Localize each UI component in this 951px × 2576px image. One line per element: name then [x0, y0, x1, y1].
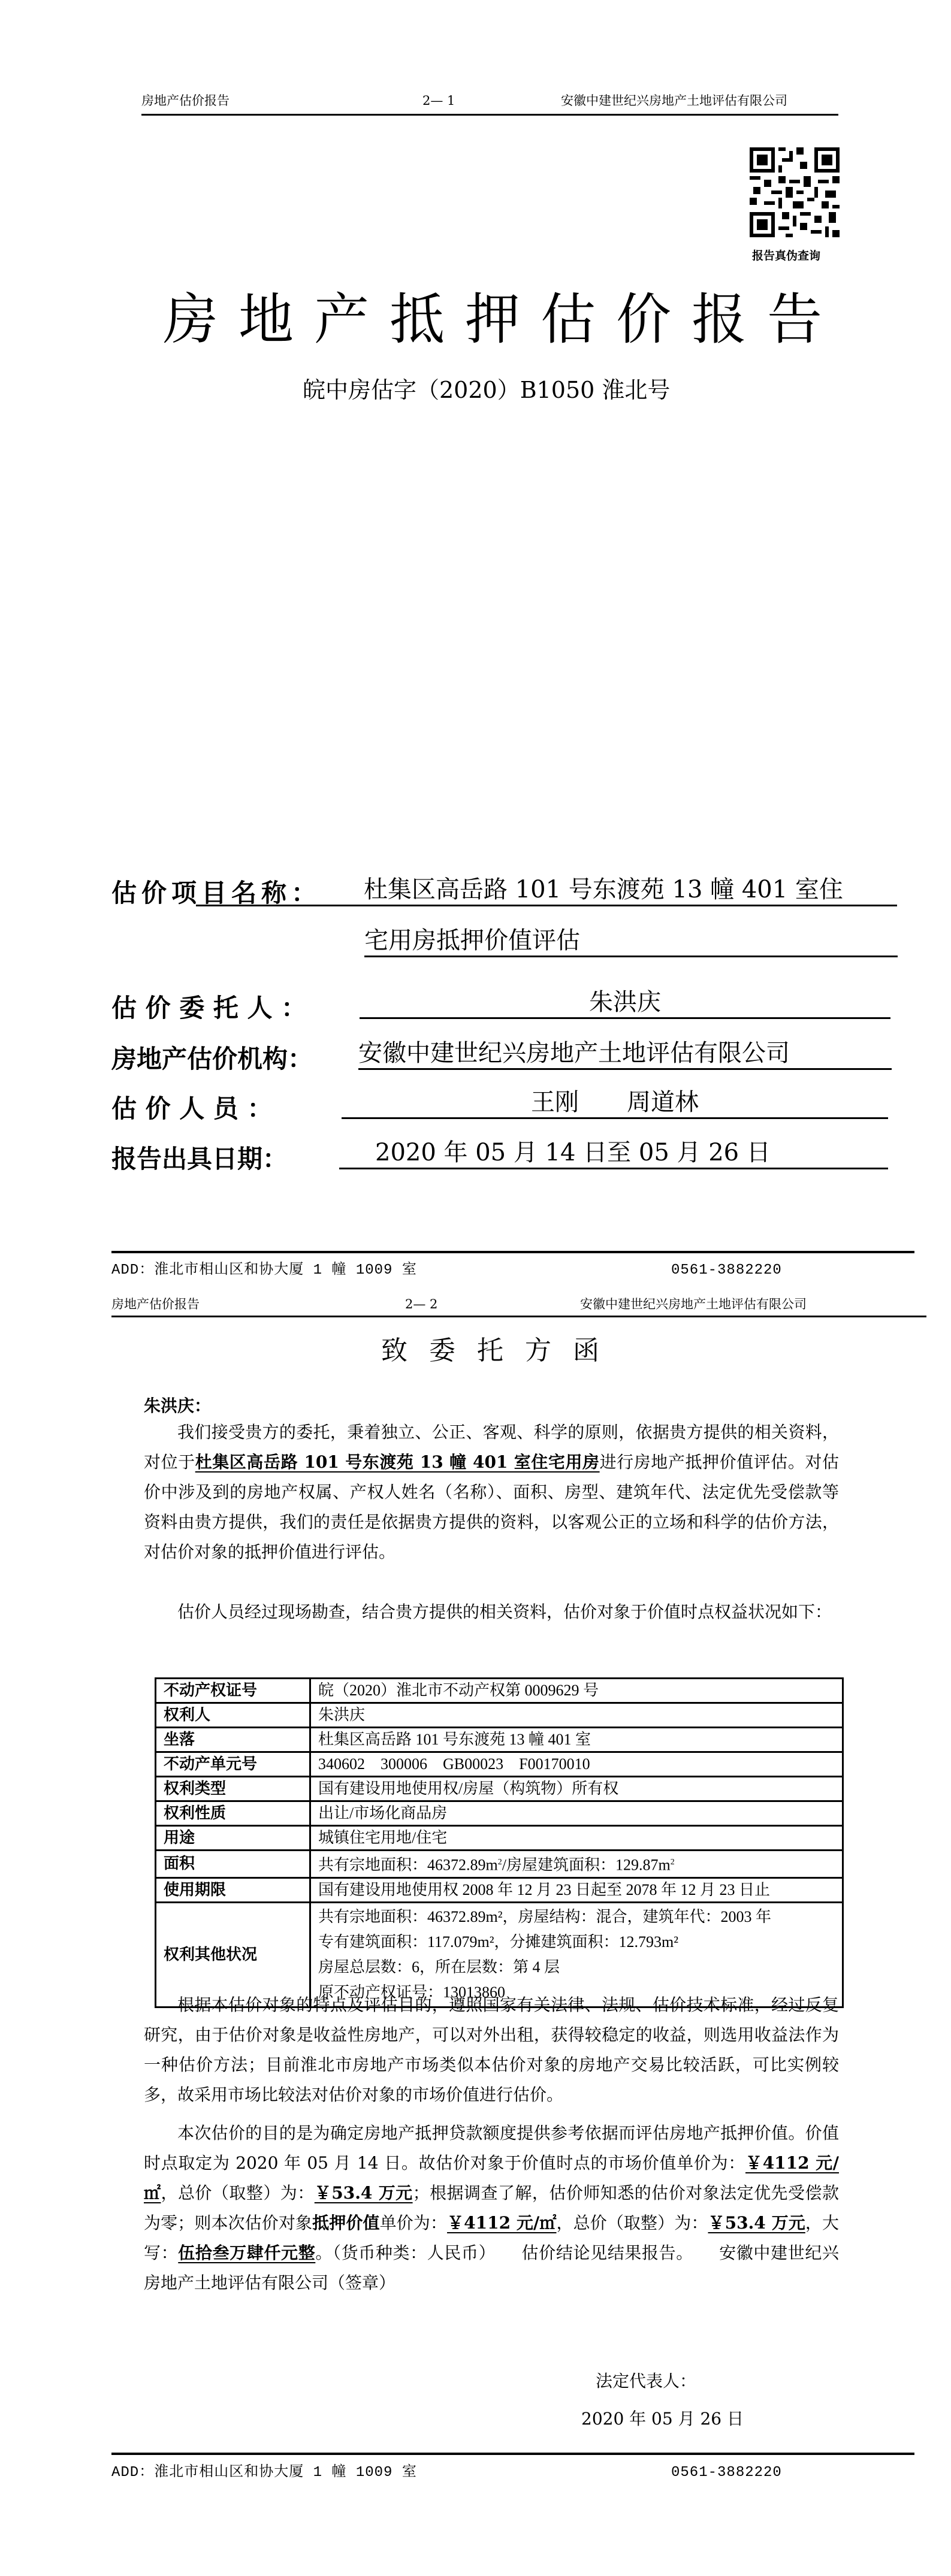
client-value: 朱洪庆 [360, 987, 890, 1019]
property-address: 杜集区高岳路 101 号东渡苑 13 幢 401 室住宅用房 [195, 1452, 600, 1472]
client-label: 估 价 委 托 人 ： [111, 988, 306, 1024]
valuation-paragraph: 本次估价的目的是为确定房地产抵押贷款额度提供参考依据而评估房地产抵押价值。价值时… [144, 2118, 839, 2298]
agency-value: 安徽中建世纪兴房地产土地评估有限公司 [358, 1038, 892, 1070]
header-divider [141, 114, 838, 116]
table-row: 不动产单元号340602 300006 GB00023 F00170010 [156, 1752, 843, 1777]
footer-phone: 0561-3882220 [671, 1262, 782, 1280]
qr-code-icon [750, 147, 840, 238]
table-row: 权利人朱洪庆 [156, 1703, 843, 1728]
letter-title: 致委托方函 [381, 1329, 621, 1367]
report-number: 皖中房估字（2020）B1050 淮北号 [303, 371, 670, 404]
header-left: 房地产估价报告 [141, 93, 230, 108]
project-name-value-line1: 杜集区高岳路 101 号东渡苑 13 幢 401 室住 [196, 875, 897, 906]
table-row: 面积共有宗地面积：46372.89m2/房屋建筑面积：129.87m2 [156, 1851, 843, 1878]
footer-address: ADD：淮北市相山区和协大厦 1 幢 1009 室 [111, 2464, 417, 2482]
intro-paragraph: 我们接受贵方的委托，秉着独立、公正、客观、科学的原则，依据贵方提供的相关资料，对… [144, 1417, 839, 1567]
report-date-label: 报告出具日期： [111, 1139, 288, 1175]
header-divider [111, 1316, 926, 1317]
footer-phone: 0561-3882220 [671, 2464, 782, 2482]
page-number: 2— 1 [422, 93, 455, 108]
inspection-paragraph: 估价人员经过现场勘查，结合贵方提供的相关资料，估价对象于价值时点权益状况如下： [144, 1597, 839, 1627]
letter-date: 2020 年 05 月 26 日 [581, 2404, 744, 2434]
page-number: 2— 2 [405, 1296, 437, 1312]
mortgage-value-label: 抵押价值 [312, 2213, 379, 2233]
header-right: 安徽中建世纪兴房地产土地评估有限公司 [561, 93, 787, 108]
table-row: 使用期限国有建设用地使用权 2008 年 12 月 23 日起至 2078 年 … [156, 1877, 843, 1902]
qr-caption: 报告真伪查询 [752, 247, 820, 263]
table-row: 权利性质出让/市场化商品房 [156, 1801, 843, 1826]
header-left: 房地产估价报告 [111, 1296, 200, 1312]
table-row: 不动产权证号皖（2020）淮北市不动产权第 0009629 号 [156, 1679, 843, 1703]
footer-divider [111, 1251, 914, 1253]
legal-representative-label: 法定代表人： [596, 2366, 696, 2396]
mortgage-unit-price: ￥4112 元/㎡ [447, 2213, 556, 2233]
property-info-table: 不动产权证号皖（2020）淮北市不动产权第 0009629 号 权利人朱洪庆 坐… [155, 1677, 844, 2008]
agency-label: 房地产估价机构： [111, 1039, 313, 1075]
project-name-value-line2: 宅用房抵押价值评估 [364, 926, 898, 957]
header-right: 安徽中建世纪兴房地产土地评估有限公司 [580, 1296, 807, 1312]
salutation: 朱洪庆： [144, 1391, 211, 1421]
table-row: 用途城镇住宅用地/住宅 [156, 1826, 843, 1851]
footer-divider [111, 2453, 914, 2455]
method-paragraph: 根据本估价对象的特点及评估目的，遵照国家有关法律、法规、估价技术标准，经过反复研… [144, 1990, 839, 2110]
total-price: ￥53.4 万元 [315, 2183, 413, 2203]
mortgage-total-price: ￥53.4 万元 [708, 2213, 805, 2233]
table-row: 坐落杜集区高岳路 101 号东渡苑 13 幢 401 室 [156, 1728, 843, 1752]
report-title: 房地产抵押估价报告 [163, 276, 843, 355]
report-date-value: 2020 年 05 月 14 日至 05 月 26 日 [339, 1138, 888, 1169]
appraisers-value: 王刚 周道林 [342, 1087, 888, 1119]
table-row: 权利类型国有建设用地使用权/房屋（构筑物）所有权 [156, 1777, 843, 1801]
total-in-words: 伍拾叁万肆仟元整 [178, 2243, 315, 2263]
appraisers-label: 估 价 人 员 ： [111, 1089, 273, 1125]
footer-address: ADD：淮北市相山区和协大厦 1 幢 1009 室 [111, 1262, 417, 1280]
